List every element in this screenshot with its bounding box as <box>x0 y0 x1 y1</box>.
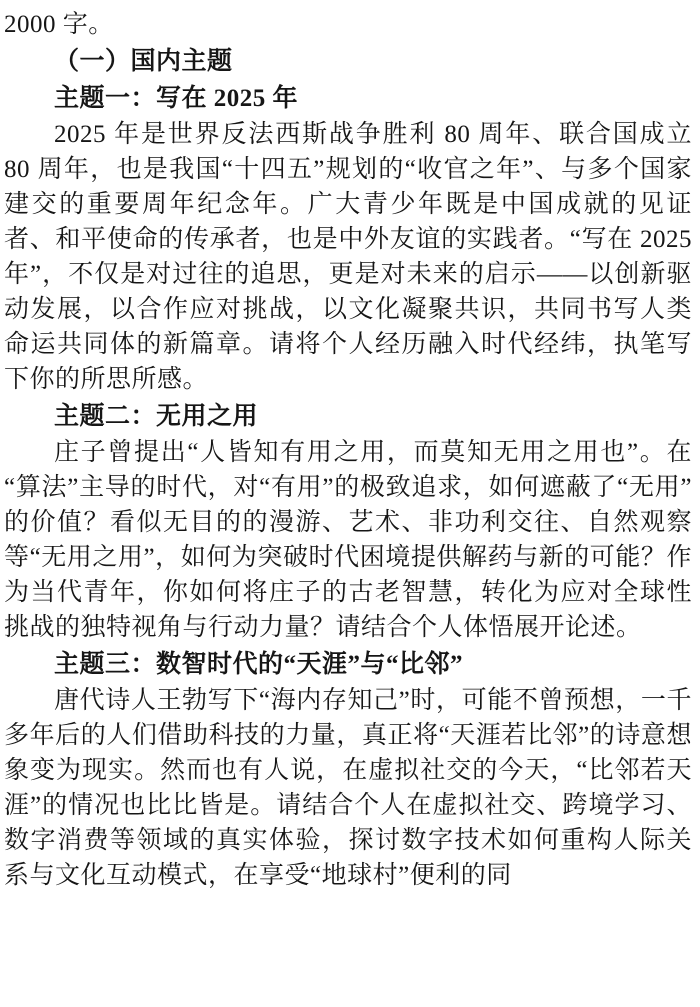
document-page: 2000 字。 （一）国内主题 主题一：写在 2025 年 2025 年是世界反… <box>0 0 700 1007</box>
topic-2-heading: 主题二：无用之用 <box>4 399 692 434</box>
paragraph-continuation: 2000 字。 <box>4 7 692 42</box>
topic-3-heading: 主题三：数智时代的“天涯”与“比邻” <box>4 647 692 682</box>
section-heading: （一）国内主题 <box>4 44 692 79</box>
topic-1-body: 2025 年是世界反法西斯战争胜利 80 周年、联合国成立 80 周年，也是我国… <box>4 117 692 397</box>
topic-1-heading: 主题一：写在 2025 年 <box>4 81 692 116</box>
topic-3-body: 唐代诗人王勃写下“海内存知己”时，可能不曾预想，一千多年后的人们借助科技的力量，… <box>4 683 692 893</box>
topic-2-body: 庄子曾提出“人皆知有用之用，而莫知无用之用也”。在“算法”主导的时代，对“有用”… <box>4 435 692 645</box>
